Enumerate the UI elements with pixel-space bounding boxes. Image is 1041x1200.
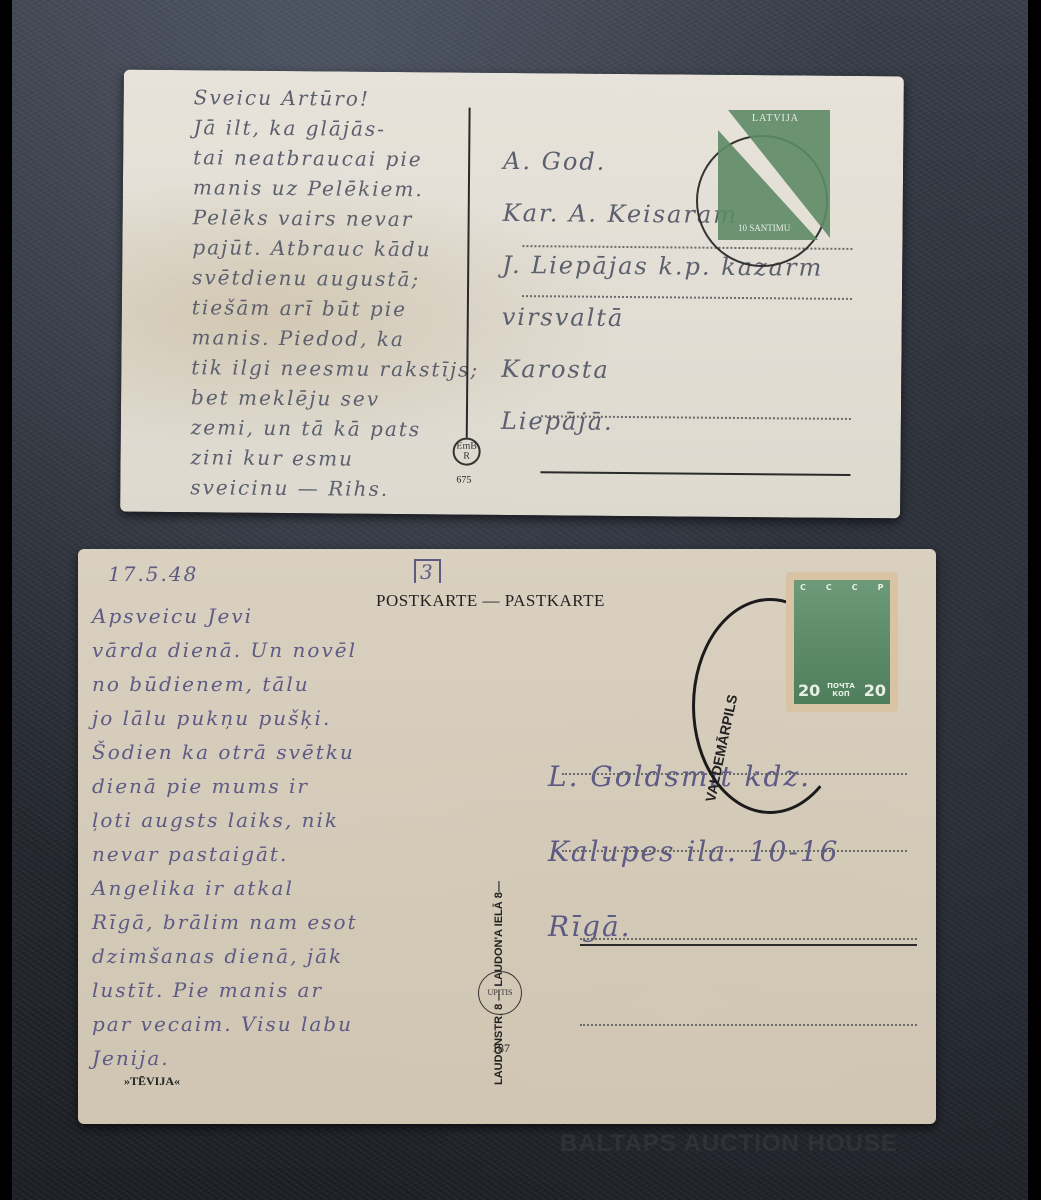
soviet-stamp-face: СССР 20 ПОЧТА КОП 20 bbox=[794, 580, 890, 704]
bottom-card-number: 187 bbox=[492, 1041, 510, 1056]
bottom-postcard-message: Apsveicu Jevi vārda dienā. Un novēl no b… bbox=[92, 599, 358, 1075]
series-name: »TĒVIJA« bbox=[124, 1074, 180, 1089]
stamp-center-text: ПОЧТА КОП bbox=[826, 682, 856, 698]
box-mark: 3 bbox=[414, 559, 441, 583]
soviet-stamp: СССР 20 ПОЧТА КОП 20 bbox=[786, 572, 898, 712]
address-line-5 bbox=[580, 1024, 917, 1026]
address-line-3 bbox=[580, 938, 917, 940]
stamp-right-value: 20 bbox=[864, 681, 886, 700]
stamp-country-label: LATVIJA bbox=[752, 113, 799, 124]
publisher-logo-text: UPITIS bbox=[488, 988, 513, 998]
vertical-imprint: LAUDONSTR. 8 — LAUDON'A IELĀ 8— bbox=[493, 755, 505, 1085]
address-line-4 bbox=[540, 471, 850, 476]
handwritten-date: 17.5.48 bbox=[108, 559, 198, 590]
postcard-header: POSTKARTE — PASTKARTE bbox=[376, 591, 605, 611]
stamp-left-value: 20 bbox=[798, 681, 820, 700]
publisher-mark-text: EmB R bbox=[455, 442, 479, 462]
stamp-value-label: 10 SANTIMU bbox=[738, 223, 790, 233]
address-line-2 bbox=[562, 850, 907, 852]
stamp-top-text: СССР bbox=[800, 583, 903, 592]
top-card-number: 675 bbox=[456, 475, 471, 486]
publisher-mark-emb: EmB R bbox=[453, 437, 481, 465]
upitis-publisher-logo: UPITIS bbox=[478, 971, 522, 1015]
top-postcard-message: Sveicu Artūro! Jā ilt, ka glājās- tai ne… bbox=[190, 82, 481, 504]
auction-watermark: BALTAPS AUCTION HOUSE bbox=[560, 1130, 898, 1158]
address-line-4 bbox=[580, 944, 917, 946]
